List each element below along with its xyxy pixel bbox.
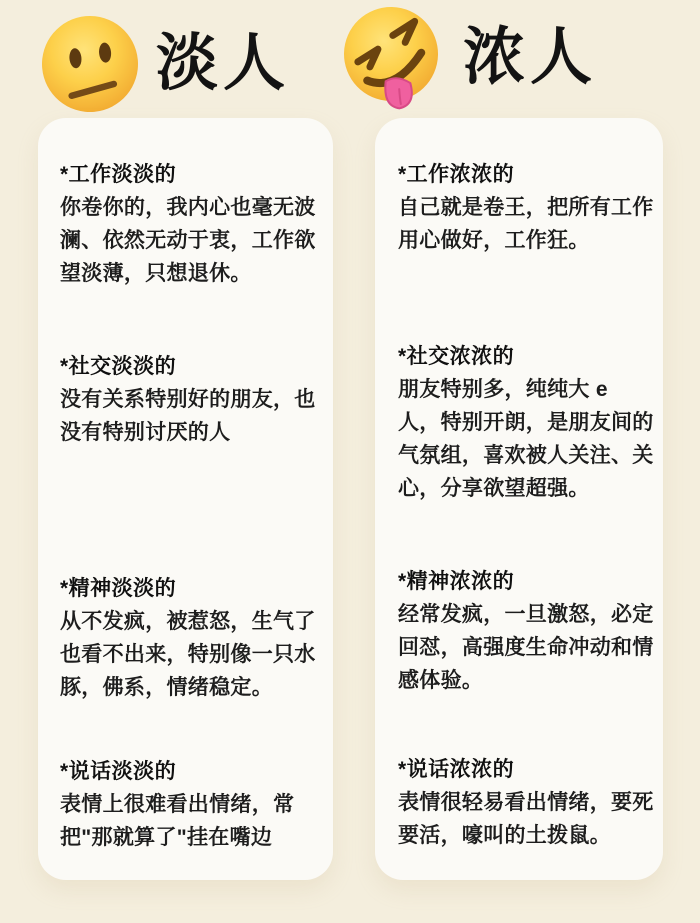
header-nong: 浓人: [341, 2, 597, 114]
personality-infographic: 淡人: [0, 0, 700, 923]
card-nong: *工作浓浓的 自己就是卷王，把所有工作 用心做好，工作狂。 *社交浓浓的 朋友特…: [375, 118, 663, 880]
section-heading: *精神浓浓的: [398, 565, 657, 598]
section-body: 表情很轻易看出情绪，要死 要活，嚎叫的土拨鼠。: [398, 786, 657, 852]
section-heading: *说话淡淡的: [60, 755, 319, 788]
section-heading: *说话浓浓的: [398, 753, 657, 786]
section-heading: *社交浓浓的: [398, 340, 657, 373]
section-body: 朋友特别多，纯纯大 e 人，特别开朗，是朋友间的 气氛组，喜欢被人关注、关 心，…: [398, 373, 657, 505]
neutral-face-emoji: [40, 8, 140, 120]
section-spirit-nong: *精神浓浓的 经常发疯，一旦激怒，必定 回怼，高强度生命冲动和情 感体验。: [398, 565, 657, 697]
section-body: 没有关系特别好的朋友，也 没有特别讨厌的人: [60, 383, 319, 449]
header-dan: 淡人: [40, 8, 290, 120]
section-heading: *工作淡淡的: [60, 158, 319, 191]
section-heading: *精神淡淡的: [60, 572, 319, 605]
section-spirit-dan: *精神淡淡的 从不发疯，被惹怒，生气了 也看不出来，特别像一只水 豚，佛系，情绪…: [60, 572, 319, 704]
section-work-nong: *工作浓浓的 自己就是卷王，把所有工作 用心做好，工作狂。: [398, 158, 657, 257]
section-body: 自己就是卷王，把所有工作 用心做好，工作狂。: [398, 191, 657, 257]
section-heading: *社交淡淡的: [60, 350, 319, 383]
section-body: 从不发疯，被惹怒，生气了 也看不出来，特别像一只水 豚，佛系，情绪稳定。: [60, 605, 319, 704]
section-heading: *工作浓浓的: [398, 158, 657, 191]
column-title-nong: 浓人: [463, 25, 597, 90]
section-work-dan: *工作淡淡的 你卷你的，我内心也毫无波 澜、依然无动于衷，工作欲 望淡薄，只想退…: [60, 158, 319, 290]
section-social-dan: *社交淡淡的 没有关系特别好的朋友，也 没有特别讨厌的人: [60, 350, 319, 449]
card-dan: *工作淡淡的 你卷你的，我内心也毫无波 澜、依然无动于衷，工作欲 望淡薄，只想退…: [38, 118, 333, 880]
section-body: 你卷你的，我内心也毫无波 澜、依然无动于衷，工作欲 望淡薄，只想退休。: [60, 191, 319, 290]
section-talk-nong: *说话浓浓的 表情很轻易看出情绪，要死 要活，嚎叫的土拨鼠。: [398, 753, 657, 852]
column-title-dan: 淡人: [156, 31, 290, 96]
section-talk-dan: *说话淡淡的 表情上很难看出情绪，常 把"那就算了"挂在嘴边: [60, 755, 319, 854]
section-body: 经常发疯，一旦激怒，必定 回怼，高强度生命冲动和情 感体验。: [398, 598, 657, 697]
section-body: 表情上很难看出情绪，常 把"那就算了"挂在嘴边: [60, 788, 319, 854]
section-social-nong: *社交浓浓的 朋友特别多，纯纯大 e 人，特别开朗，是朋友间的 气氛组，喜欢被人…: [398, 340, 657, 505]
squinting-tongue-emoji: [341, 2, 441, 114]
